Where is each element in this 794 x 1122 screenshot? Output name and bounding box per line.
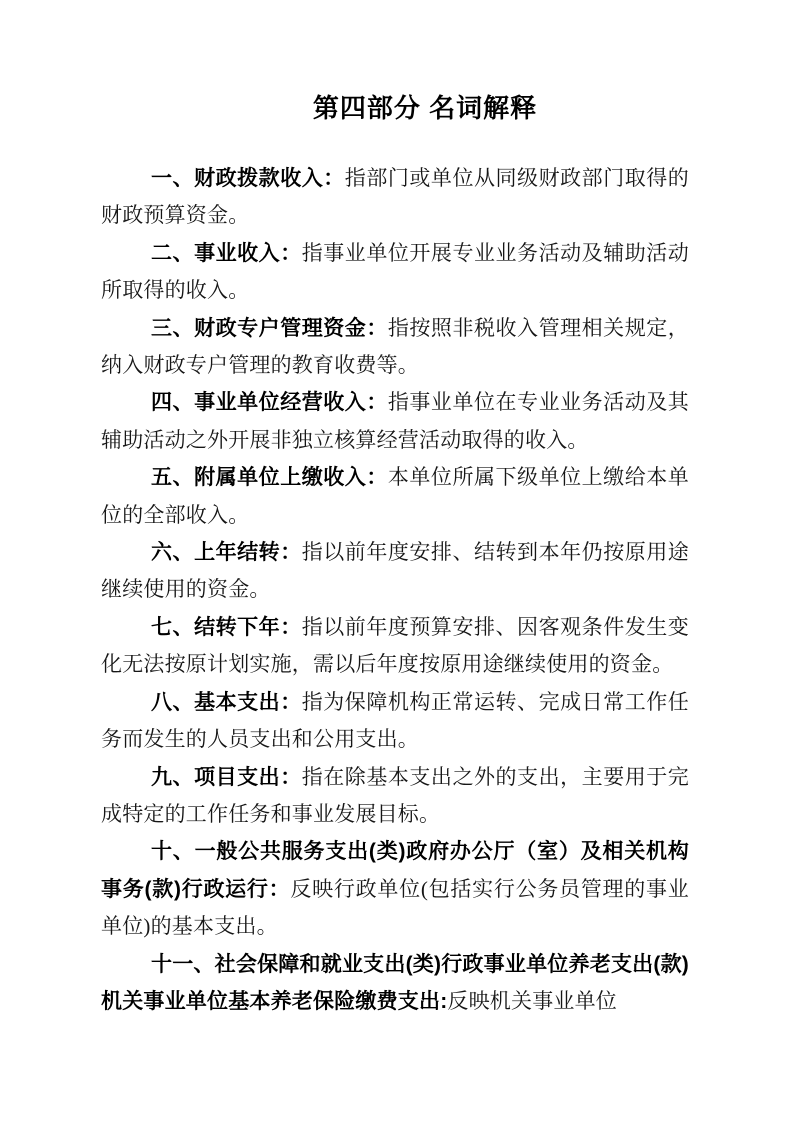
term-label: 五、附属单位上缴收入： [151, 466, 388, 489]
glossary-list: 一、财政拨款收入：指部门或单位从同级财政部门取得的财政预算资金。 二、事业收入：… [101, 160, 689, 1020]
definition-paragraph: 九、项目支出：指在除基本支出之外的支出，主要用于完成特定的工作任务和事业发展目标… [101, 759, 689, 834]
term-label: 一、财政拨款收入： [151, 167, 345, 190]
definition-paragraph: 八、基本支出：指为保障机构正常运转、完成日常工作任务而发生的人员支出和公用支出。 [101, 684, 689, 759]
term-label: 四、事业单位经营收入： [151, 391, 388, 414]
definition-paragraph: 一、财政拨款收入：指部门或单位从同级财政部门取得的财政预算资金。 [101, 160, 689, 235]
term-label: 二、事业收入： [151, 242, 302, 265]
page-title: 第四部分 名词解释 [0, 92, 794, 124]
definition-paragraph: 三、财政专户管理资金：指按照非税收入管理相关规定，纳入财政专户管理的教育收费等。 [101, 310, 689, 385]
term-label: 七、结转下年： [151, 616, 302, 639]
definition-paragraph: 十一、社会保障和就业支出(类)行政事业单位养老支出(款)机关事业单位基本养老保险… [101, 946, 689, 1021]
definition-paragraph: 二、事业收入：指事业单位开展专业业务活动及辅助活动所取得的收入。 [101, 235, 689, 310]
term-definition: 反映机关事业单位 [447, 989, 617, 1013]
definition-paragraph: 十、一般公共服务支出(类)政府办公厅（室）及相关机构事务(款)行政运行：反映行政… [101, 833, 689, 945]
term-label: 八、基本支出： [151, 691, 302, 714]
definition-paragraph: 七、结转下年：指以前年度预算安排、因客观条件发生变化无法按原计划实施，需以后年度… [101, 609, 689, 684]
term-label: 九、项目支出： [151, 766, 302, 789]
document-page: 第四部分 名词解释 一、财政拨款收入：指部门或单位从同级财政部门取得的财政预算资… [0, 0, 794, 1122]
definition-paragraph: 六、上年结转：指以前年度安排、结转到本年仍按原用途继续使用的资金。 [101, 534, 689, 609]
definition-paragraph: 四、事业单位经营收入：指事业单位在专业业务活动及其辅助活动之外开展非独立核算经营… [101, 384, 689, 459]
term-label: 六、上年结转： [151, 541, 302, 564]
term-label: 三、财政专户管理资金： [151, 317, 388, 340]
definition-paragraph: 五、附属单位上缴收入：本单位所属下级单位上缴给本单位的全部收入。 [101, 459, 689, 534]
